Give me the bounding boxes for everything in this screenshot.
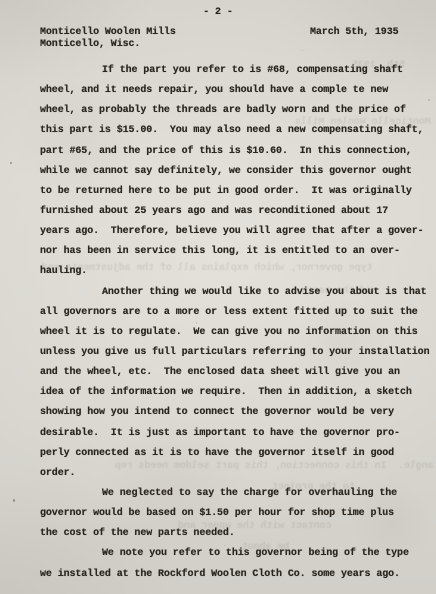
letter-line: idea of the information we require. Then… [40,383,432,403]
letter-line: part #65, and the price of this is $10.6… [40,142,432,162]
page-number: - 2 - [0,6,436,19]
letter-line: unless you give us full particulars refe… [40,343,432,363]
letter-line: and the wheel, etc. The enclosed data sh… [40,363,432,383]
letter-line: the cost of the new parts needed. [40,524,432,544]
addressee-line-1: Monticello Woolen Mills [40,27,176,39]
letter-line: furnished about 25 years ago and was rec… [40,202,432,222]
paragraph: If the part you refer to is #68, compens… [40,61,432,283]
letter-line: all governors are to a more or less exte… [40,303,432,323]
letter-date: March 5th, 1935 [310,27,399,39]
letter-line: wheel, and it needs repair, you should h… [40,81,432,101]
letter-line: this part is $15.00. You may also need a… [40,121,432,141]
letter-line: while we cannot say definitely, we consi… [40,162,432,182]
letter-line: wheel, as probably the threads are badly… [40,101,432,121]
letter-line: nor has been in service this long, it is… [40,242,432,262]
addressee-block: Monticello Woolen Mills Monticello, Wisc… [40,27,176,50]
paragraph: We note you refer to this governor being… [40,544,432,584]
paragraph: Another thing we would like to advise yo… [40,283,432,484]
letter-line: governor would be based on $1.50 per hou… [40,504,432,524]
paragraph: We neglected to say the charge for overh… [40,484,432,544]
letter-line: We note you refer to this governor being… [40,544,432,564]
letter-line: wheel it is to regulate. We can give you… [40,323,432,343]
letter-line: years ago. Therefore, believe you will a… [40,222,432,242]
letter-line: we installed at the Rockford Woolen Clot… [40,565,432,585]
letter-line: perly connected as it is to have the gov… [40,444,432,464]
letter-body: If the part you refer to is #68, compens… [40,61,432,585]
letter-line: Another thing we would like to advise yo… [40,283,432,303]
addressee-line-2: Monticello, Wisc. [40,39,176,51]
letter-line: desirable. It is just as important to ha… [40,424,432,444]
letter-line: to be returned here to be put in good or… [40,182,432,202]
letter-line: We neglected to say the charge for overh… [40,484,432,504]
letter-line: If the part you refer to is #68, compens… [40,61,432,81]
letter-line: showing how you intend to connect the go… [40,403,432,423]
letter-line: order. [40,464,432,484]
letter-page: 5th, 1935Monticello Woolen Millstype gov… [0,0,436,594]
letter-line: hauling. [40,262,432,282]
